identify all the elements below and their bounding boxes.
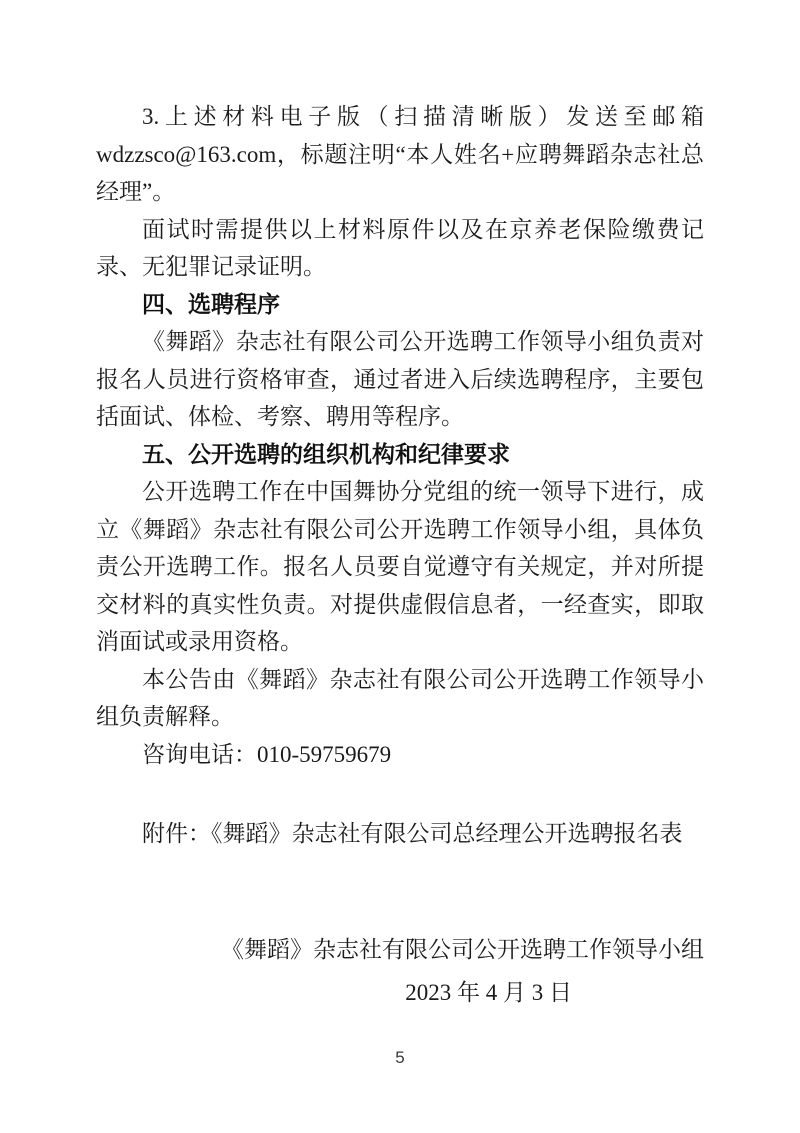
signature-date-line: 2023 年 4 月 3 日 — [96, 974, 704, 1012]
page-number: 5 — [96, 1048, 704, 1068]
paragraph-interpretation: 本公告由《舞蹈》杂志社有限公司公开选聘工作领导小组负责解释。 — [96, 661, 704, 736]
section-heading-4-selection-procedure: 四、选聘程序 — [96, 286, 704, 324]
contact-phone-line: 咨询电话：010-59759679 — [96, 736, 704, 774]
document-body: 3.上述材料电子版（扫描清晰版）发送至邮箱wdzzsco@163.com，标题注… — [96, 98, 704, 1068]
paragraph-organization-discipline: 公开选聘工作在中国舞协分党组的统一领导下进行，成立《舞蹈》杂志社有限公司公开选聘… — [96, 473, 704, 661]
paragraph-selection-procedure: 《舞蹈》杂志社有限公司公开选聘工作领导小组负责对报名人员进行资格审查，通过者进入… — [96, 323, 704, 436]
paragraph-interview-materials: 面试时需提供以上材料原件以及在京养老保险缴费记录、无犯罪记录证明。 — [96, 211, 704, 286]
paragraph-email-submission: 3.上述材料电子版（扫描清晰版）发送至邮箱wdzzsco@163.com，标题注… — [96, 98, 704, 211]
attachment-line: 附件：《舞蹈》杂志社有限公司总经理公开选聘报名表 — [96, 815, 704, 853]
document-page: 3.上述材料电子版（扫描清晰版）发送至邮箱wdzzsco@163.com，标题注… — [0, 0, 800, 1133]
section-heading-5-organization-discipline: 五、公开选聘的组织机构和纪律要求 — [96, 436, 704, 474]
signature-issuer-line: 《舞蹈》杂志社有限公司公开选聘工作领导小组 — [96, 931, 704, 969]
